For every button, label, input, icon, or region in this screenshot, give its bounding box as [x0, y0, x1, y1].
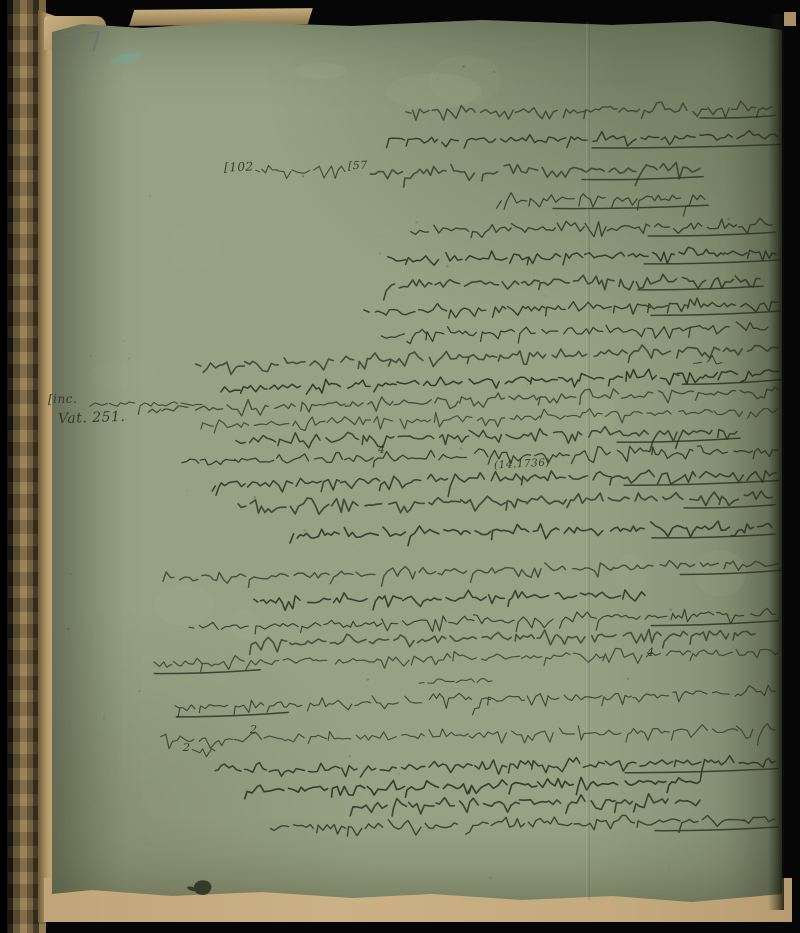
manuscript-page	[52, 16, 782, 908]
manuscript-scan: 77 [inc. Vat. 251. [102[574(14.1736)422	[0, 0, 800, 933]
paper-fragment-right	[784, 12, 796, 26]
